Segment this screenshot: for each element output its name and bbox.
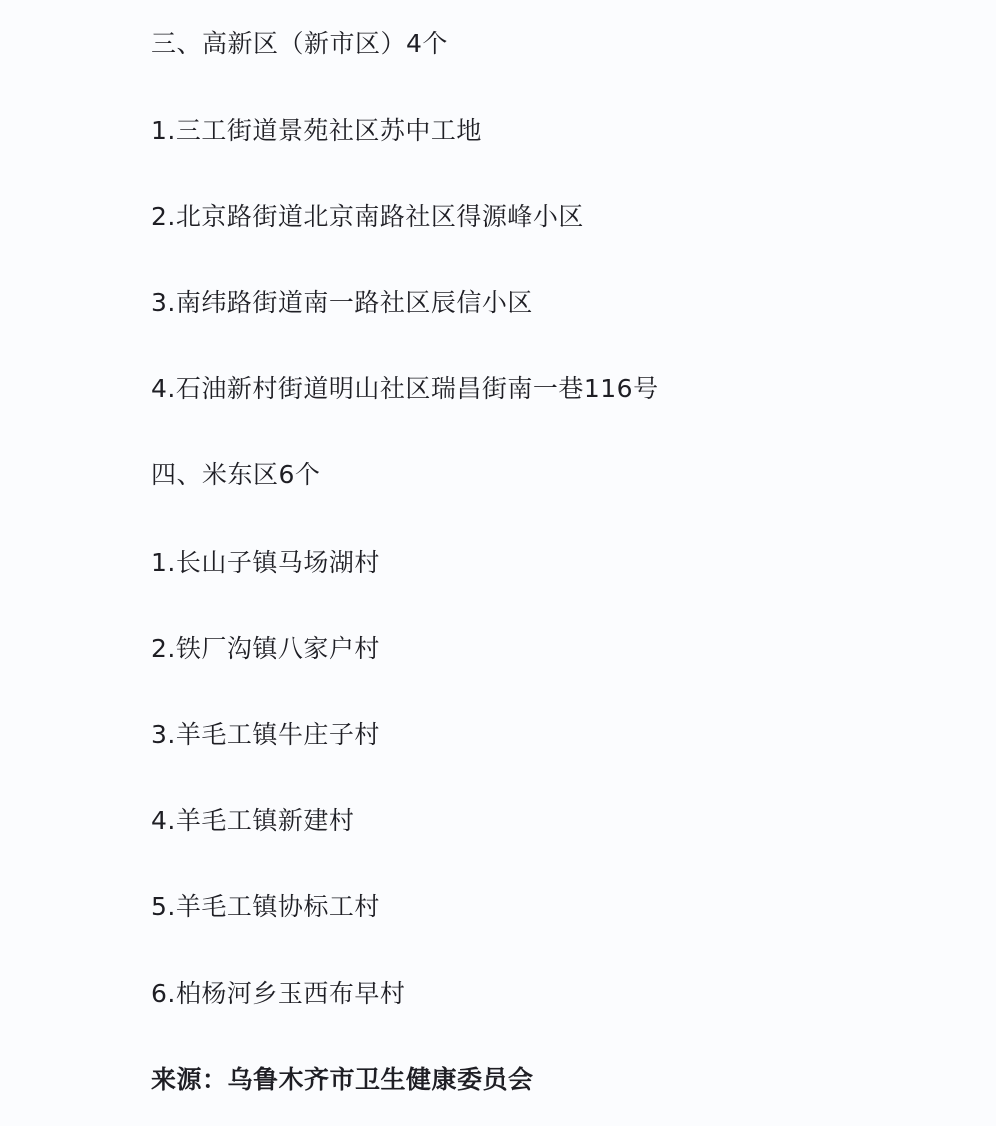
section-heading-midong: 四、米东区6个 [151, 460, 320, 490]
list-item: 1.三工街道景苑社区苏中工地 [151, 116, 482, 146]
list-item: 6.柏杨河乡玉西布早村 [151, 979, 405, 1009]
list-item: 2.北京路街道北京南路社区得源峰小区 [151, 202, 584, 232]
list-item: 5.羊毛工镇协标工村 [151, 892, 380, 922]
list-item: 1.长山子镇马场湖村 [151, 548, 380, 578]
list-item: 3.南纬路街道南一路社区辰信小区 [151, 288, 533, 318]
source-attribution: 来源：乌鲁木齐市卫生健康委员会 [151, 1065, 534, 1095]
list-item: 3.羊毛工镇牛庄子村 [151, 720, 380, 750]
list-item: 2.铁厂沟镇八家户村 [151, 634, 380, 664]
list-item: 4.羊毛工镇新建村 [151, 806, 354, 836]
list-item: 4.石油新村街道明山社区瑞昌街南一巷116号 [151, 374, 659, 404]
section-heading-gaoxin: 三、高新区（新市区）4个 [151, 29, 448, 59]
